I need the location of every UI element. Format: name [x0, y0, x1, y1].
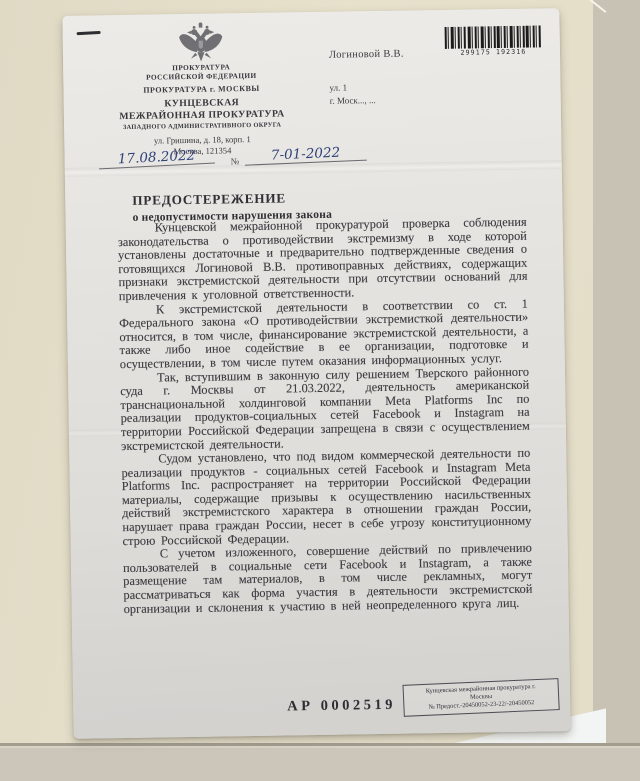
registration-stamp: Кунцевская межрайонная прокуратура г. Мо… — [402, 678, 559, 717]
barcode: 299175 192316 — [444, 25, 543, 57]
barcode-number: 299175 192316 — [444, 47, 543, 57]
title-line-1: ПРЕДОСТЕРЕЖЕНИЕ — [132, 190, 332, 209]
body-paragraph: Так, вступившим в законную силу решением… — [120, 365, 530, 453]
letterhead-org-line: ПРОКУРАТУРА г. МОСКВЫ — [89, 83, 313, 96]
russian-coat-of-arms-icon — [176, 19, 225, 66]
handwritten-date: 17.08.2022 — [98, 147, 215, 170]
form-serial-number: АР 0002519 — [287, 697, 396, 716]
letterhead: ПРОКУРАТУРА РОССИЙСКОЙ ФЕДЕРАЦИИ ПРОКУРА… — [89, 62, 314, 158]
pen-mark — [77, 31, 101, 35]
letterhead-org-name: МЕЖРАЙОННАЯ ПРОКУРАТУРА — [90, 108, 314, 123]
body-paragraph: Судом установлено, что под видом коммерч… — [121, 447, 531, 549]
body-paragraph: С учетом изложенного, совершение действи… — [123, 542, 533, 616]
body-paragraph: Кунцевской межрайонной прокуратурой пров… — [118, 216, 528, 304]
recipient-address-line: ул. 1 — [329, 82, 404, 93]
desk-surface-right — [593, 0, 640, 747]
barcode-bars — [444, 25, 543, 49]
desk-lower-band — [0, 748, 640, 781]
recipient-block: Логиновой В.В. ул. 1 г. Моск..., ... — [329, 49, 405, 106]
body-paragraph: К экстремистской деятельности в соответс… — [119, 297, 529, 371]
reference-line: 17.08.2022 № 7-01-2022 — [94, 146, 394, 175]
photo-of-document: ПРОКУРАТУРА РОССИЙСКОЙ ФЕДЕРАЦИИ ПРОКУРА… — [0, 0, 640, 781]
recipient-name: Логиновой В.В. — [329, 49, 404, 61]
document-body: Кунцевской межрайонной прокуратурой пров… — [118, 216, 533, 617]
document-sheet: ПРОКУРАТУРА РОССИЙСКОЙ ФЕДЕРАЦИИ ПРОКУРА… — [62, 8, 570, 739]
recipient-address-line: г. Моск..., ... — [330, 95, 405, 106]
handwritten-number: 7-01-2022 — [244, 144, 367, 166]
number-sign: № — [231, 156, 240, 166]
letterhead-district-line: ЗАПАДНОГО АДМИНИСТРАТИВНОГО ОКРУГА — [90, 121, 314, 132]
